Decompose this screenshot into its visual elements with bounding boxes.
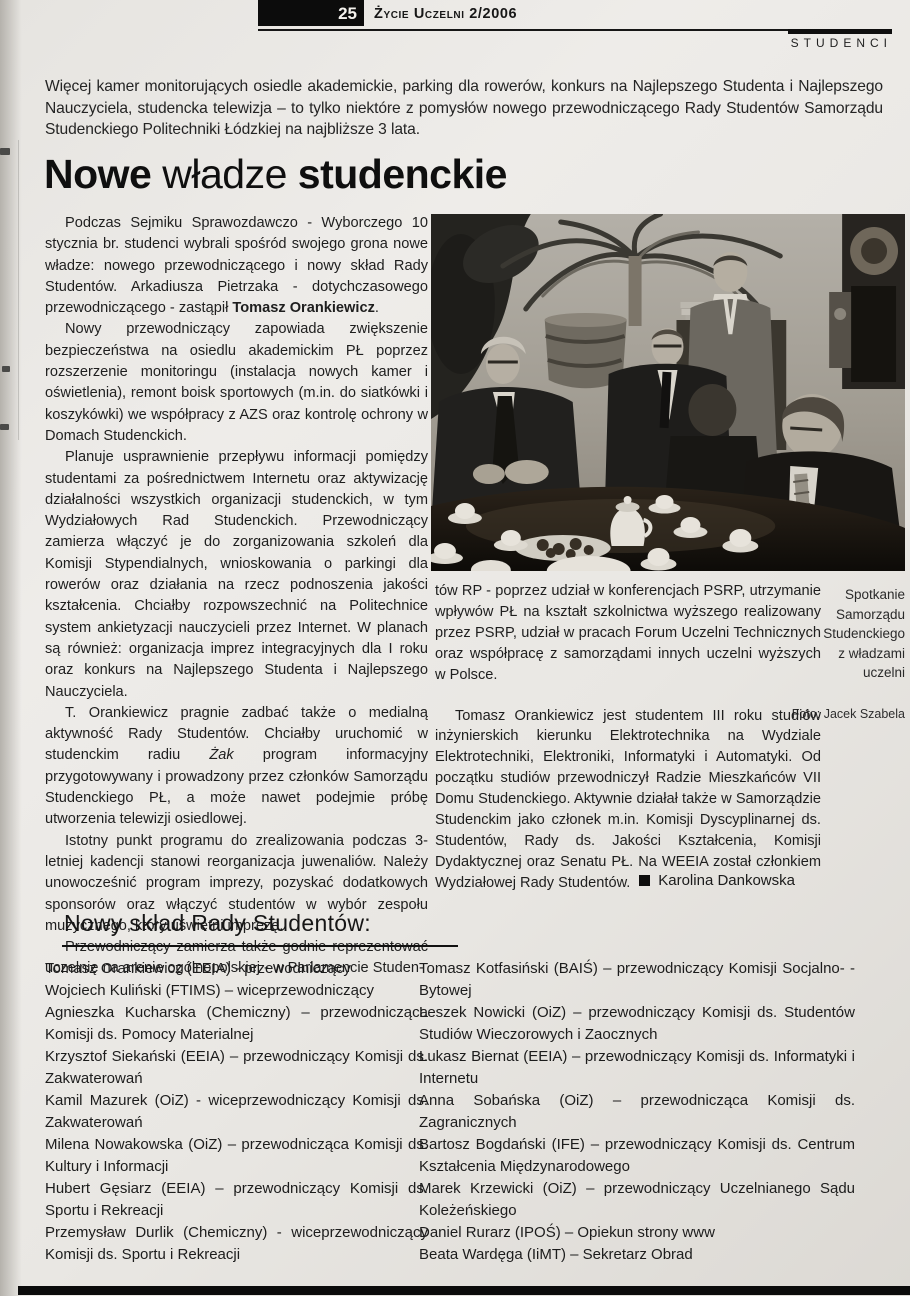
roster-item: Leszek Nowicki (OiZ) – przewodniczący Ko… <box>419 1002 855 1046</box>
magazine-title: Życie Uczelni 2/2006 <box>374 6 517 22</box>
roster-item: Beata Wardęga (IiMT) – Sekretarz Obrad <box>419 1244 855 1266</box>
roster-item: Anna Sobańska (OiZ) – przewodnicząca Kom… <box>419 1090 855 1134</box>
scan-mark <box>0 148 10 155</box>
roster-underline <box>62 945 458 947</box>
roster-left-list: Tomasz Orankiewicz (EEIA) - przewodniczą… <box>45 958 428 1266</box>
roster-item: Tomasz Orankiewicz (EEIA) - przewodniczą… <box>45 958 428 980</box>
paragraph-text: . <box>375 300 379 316</box>
roster-item: Wojciech Kuliński (FTIMS) – wiceprzewodn… <box>45 980 428 1002</box>
meeting-photo-illustration <box>431 214 905 571</box>
bottom-rule <box>18 1286 910 1295</box>
title-part: władze <box>151 151 297 197</box>
paragraph: Nowy przewodniczący zapowiada zwiększeni… <box>45 319 428 447</box>
article-left-column: Podczas Sejmiku Sprawozdawczo - Wyborcze… <box>45 213 428 980</box>
header-rule <box>258 29 880 31</box>
page-number-bar: 25 <box>258 0 364 26</box>
scan-edge-shade <box>0 0 24 1296</box>
roster-item: Bartosz Bogdański (IFE) – przewodniczący… <box>419 1134 855 1178</box>
roster-right-list: Tomasz Kotfasiński (BAIŚ) – przewodniczą… <box>419 958 855 1266</box>
bullet-square-icon <box>639 875 650 886</box>
article-right-column: tów RP - poprzez udział w konferencjach … <box>435 581 821 894</box>
roster-item: Milena Nowakowska (OiZ) – przewodnicząca… <box>45 1134 428 1178</box>
roster-item: Kamil Mazurek (OiZ) - wiceprzewodniczący… <box>45 1090 428 1134</box>
roster-item: Tomasz Kotfasiński (BAIŚ) – przewodniczą… <box>419 958 855 1002</box>
scan-crease <box>18 140 19 440</box>
section-label: STUDENCI <box>740 36 892 50</box>
radio-name: Żak <box>209 747 233 763</box>
roster-item: Przemysław Durlik (Chemiczny) - wiceprze… <box>45 1222 428 1266</box>
paragraph: Planuje usprawnienie przepływu informacj… <box>45 447 428 703</box>
scan-mark <box>2 366 10 372</box>
magazine-page: 25 Życie Uczelni 2/2006 STUDENCI Więcej … <box>0 0 910 1296</box>
section-bar <box>788 29 892 34</box>
roster-item: Łukasz Biernat (EEIA) – przewodniczący K… <box>419 1046 855 1090</box>
roster-item: Krzysztof Siekański (EEIA) – przewodnicz… <box>45 1046 428 1090</box>
page-number: 25 <box>338 4 357 23</box>
highlighted-name: Tomasz Orankiewicz <box>232 300 374 316</box>
byline-author: Karolina Dankowska <box>658 872 795 889</box>
article-title: Nowe władze studenckie <box>44 154 507 195</box>
byline: Karolina Dankowska <box>435 872 805 889</box>
paragraph: T. Orankiewicz pragnie zadbać także o me… <box>45 703 428 831</box>
roster-item: Agnieszka Kucharska (Chemiczny) – przewo… <box>45 1002 428 1046</box>
roster-item: Marek Krzewicki (OiZ) – przewodniczący U… <box>419 1178 855 1222</box>
scan-mark <box>0 424 9 430</box>
title-part: Nowe <box>44 151 151 197</box>
paragraph: Podczas Sejmiku Sprawozdawczo - Wyborcze… <box>45 213 428 319</box>
roster-heading: Nowy skład Rady Studentów: <box>64 910 371 937</box>
roster-item: Hubert Gęsiarz (EEIA) – przewodniczący K… <box>45 1178 428 1222</box>
article-lead: Więcej kamer monitorujących osiedle akad… <box>45 76 883 141</box>
meeting-photo <box>431 214 905 571</box>
roster-item: Daniel Rurarz (IPOŚ) – Opiekun strony ww… <box>419 1222 855 1244</box>
paragraph: Tomasz Orankiewicz jest studentem III ro… <box>435 706 821 894</box>
title-part: studenckie <box>298 151 507 197</box>
paragraph: tów RP - poprzez udział w konferencjach … <box>435 581 821 686</box>
